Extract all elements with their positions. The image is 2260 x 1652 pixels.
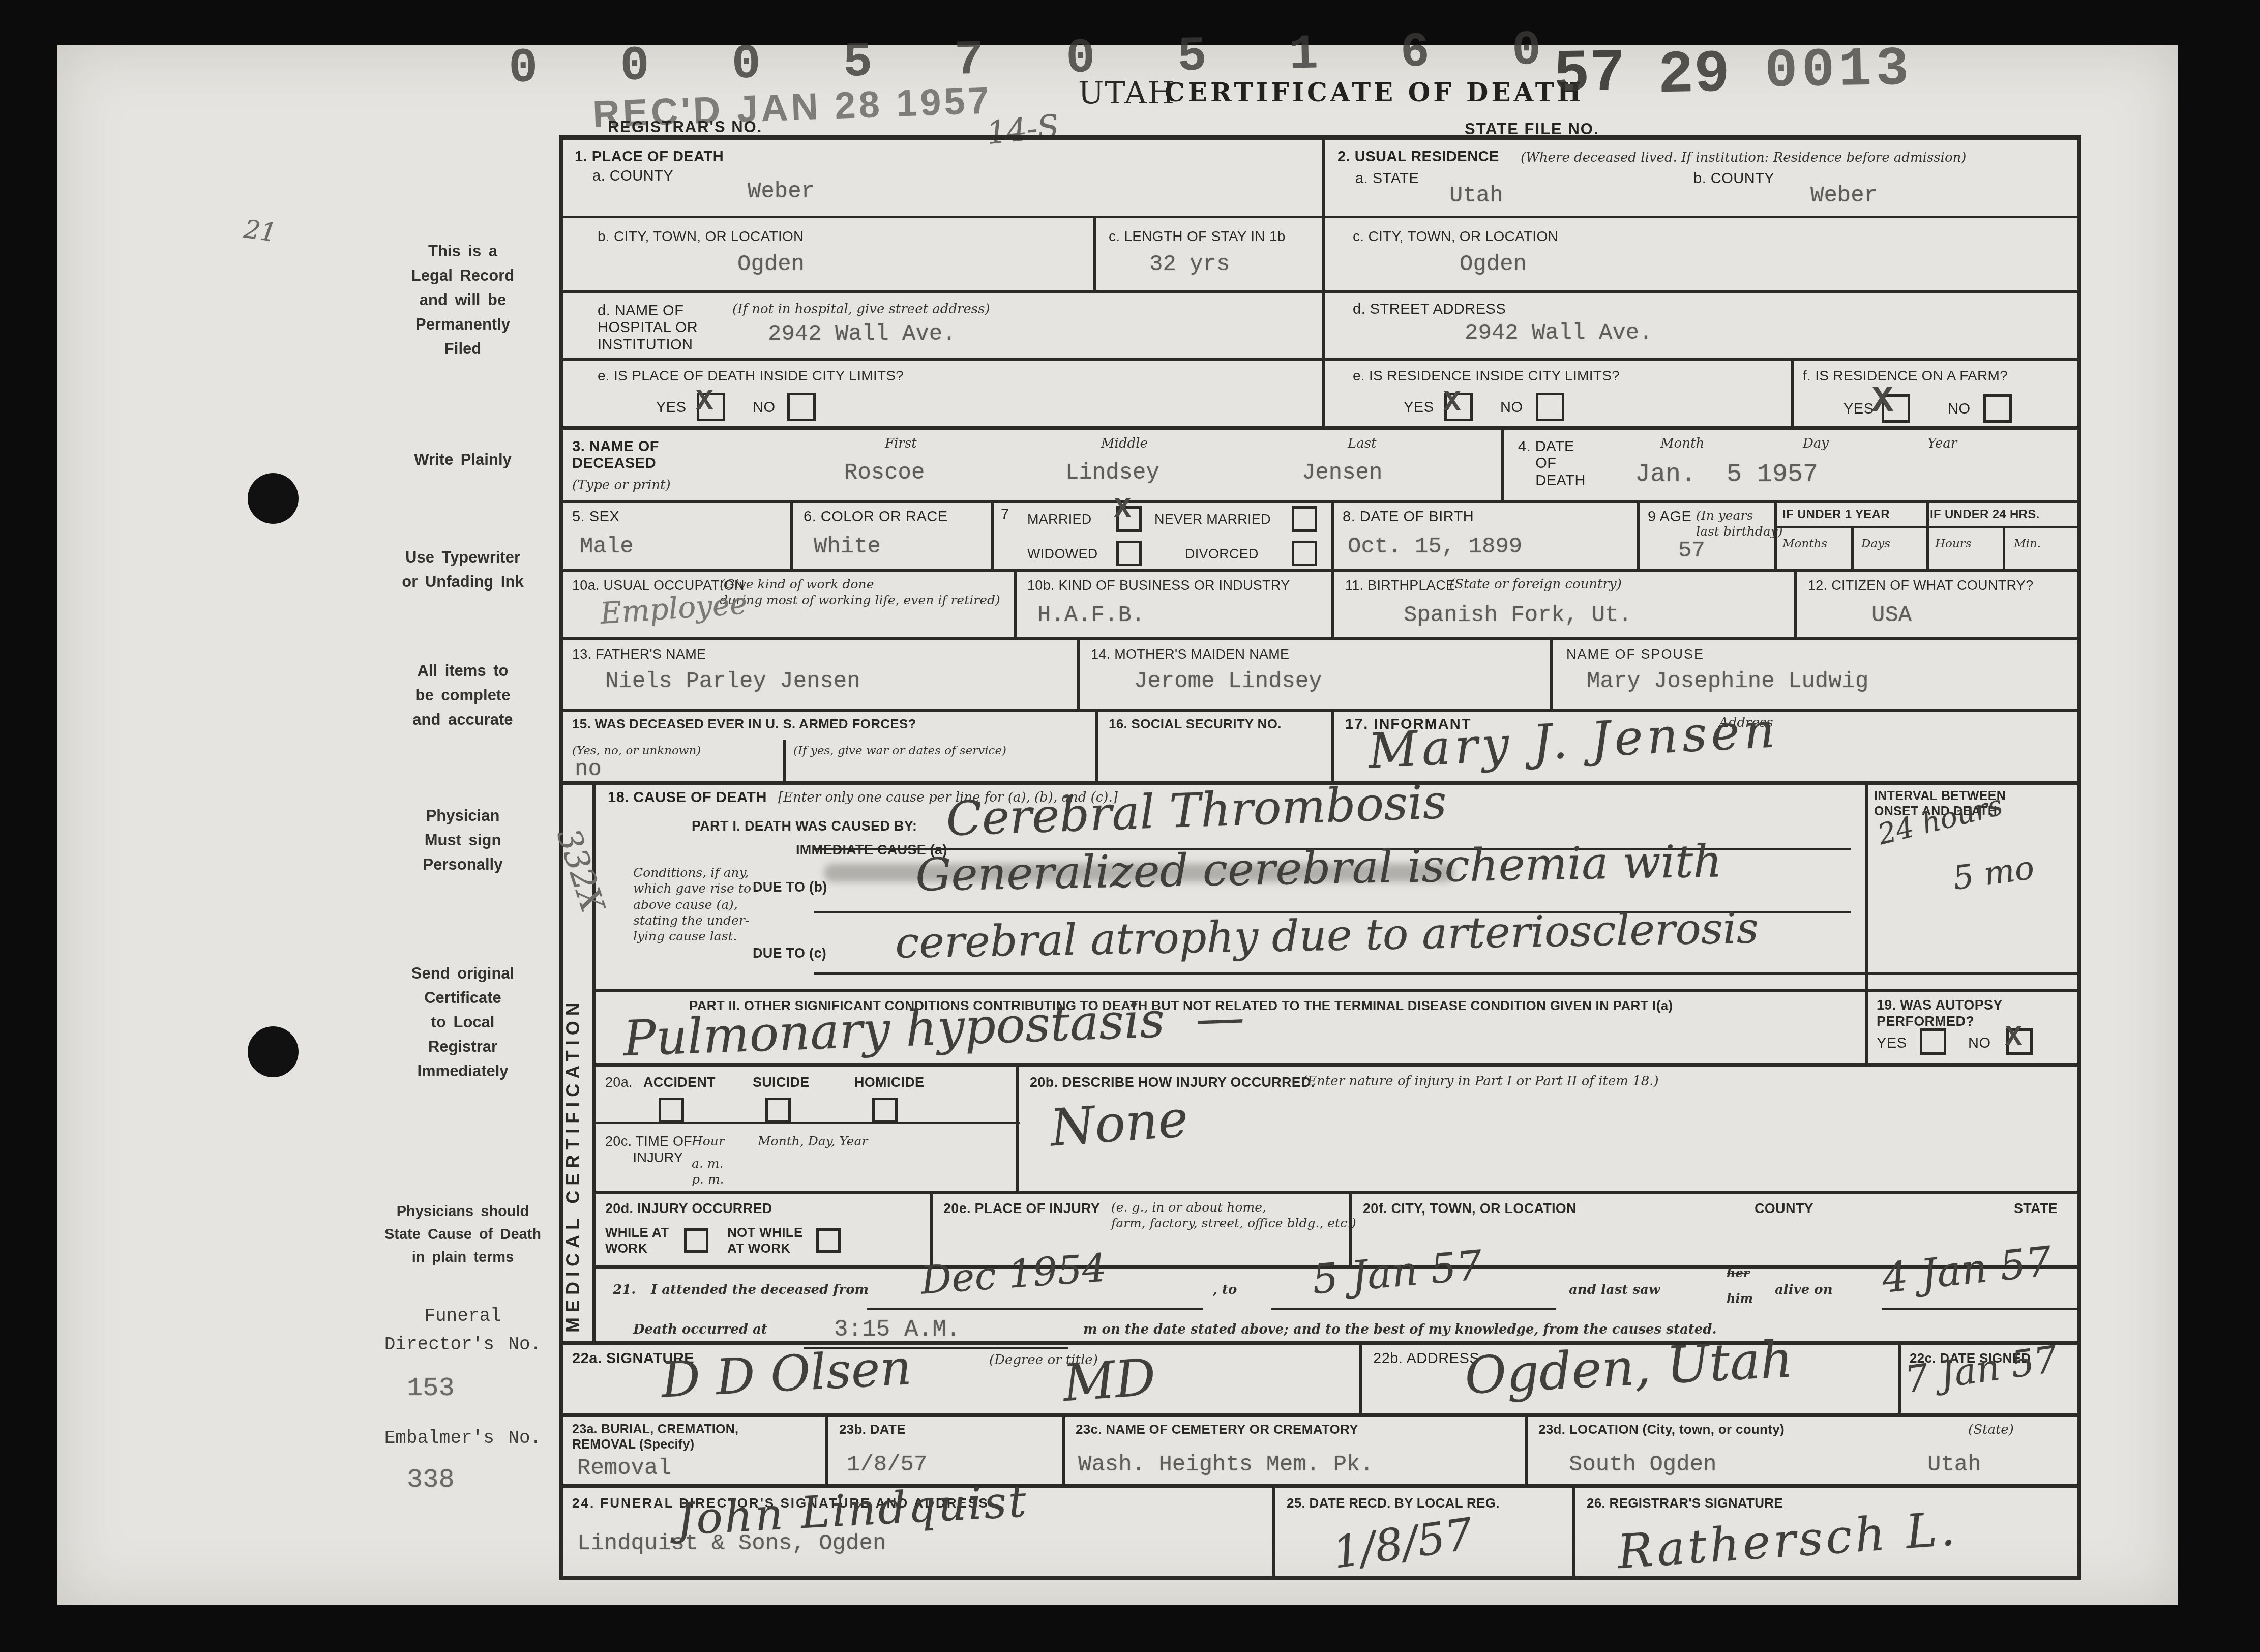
divider [559,500,2081,503]
field-21-text3: and last saw [1569,1282,1660,1299]
field-3-last-value: Jensen [1302,460,1382,486]
divider [592,1191,2081,1194]
divider [1016,1063,1019,1194]
field-20e-note: (e. g., in or about home, farm, factory,… [1111,1199,1356,1231]
field-8-value: Oct. 15, 1899 [1348,534,1522,559]
divider [1882,1308,2080,1310]
field-15-label: 15. WAS DECEASED EVER IN U. S. ARMED FOR… [572,716,916,732]
field-23b-value: 1/8/57 [847,1452,927,1478]
film-border-right [2178,0,2260,1652]
file-number-stamp-57: 57 [1553,40,1626,109]
divider [1322,135,1325,430]
field-8-label: 8. DATE OF BIRTH [1343,509,1474,525]
field-20c-hour-label: Hour [692,1133,725,1149]
field-20a-suicide-checkbox [765,1098,791,1123]
divider [559,637,2081,640]
field-18-due-b-label: DUE TO (b) [753,879,827,895]
field-21-time-value: 3:15 A.M. [834,1316,960,1343]
field-23b-label2: 23b. DATE [839,1422,906,1437]
margin-note-physician-sign: Physician Must sign Personally [351,804,575,877]
field-1b-label: b. CITY, TOWN, OR LOCATION [598,228,804,245]
field-2-note: (Where deceased lived. If institution: R… [1521,150,1966,166]
margin-note-plain-terms: Physicians should State Cause of Death i… [351,1200,575,1269]
field-21-text5: Death occurred at [633,1321,767,1338]
funeral-director-no-value: 153 [407,1373,455,1403]
field-2c-value: Ogden [1460,252,1527,277]
field-21-text6: m on the date stated above; and to the b… [1083,1321,1717,1338]
divider [2003,526,2005,571]
field-19-yes-label: YES [1877,1035,1907,1052]
field-21-number: 21. [613,1282,636,1299]
field-12-label: 12. CITIZEN OF WHAT COUNTRY? [1808,577,2033,594]
divider [559,216,2081,218]
file-number-stamp-0013: 0013 [1764,38,1913,103]
film-border-left [0,0,57,1652]
field-15-value: no [575,757,602,782]
field-18-part1-label: PART I. DEATH WAS CAUSED BY: [692,818,917,834]
field-20c-ampm-label: a. m. p. m. [692,1156,724,1188]
field-23d-state-value: Utah [1927,1452,1981,1478]
field-9-min-label: Min. [2014,537,2041,551]
field-20d-notwhile-label: NOT WHILE AT WORK [727,1225,803,1256]
margin-note-write-plainly: Write Plainly [351,448,575,472]
field-2e-no-label: NO [1500,399,1523,416]
field-2f-yes-label: YES [1843,401,1874,418]
field-9-label: 9 AGE [1648,509,1691,525]
field-13-label: 13. FATHER'S NAME [572,646,706,662]
field-18-due-c-label: DUE TO (c) [753,945,826,961]
field-9-under24-label: IF UNDER 24 HRS. [1930,508,2040,522]
field-23d-value: South Ogden [1569,1452,1716,1478]
funeral-director-no-label: Funeral Director's No. [351,1302,575,1359]
field-1a-value: Weber [748,179,815,204]
field-23c-value: Wash. Heights Mem. Pk. [1078,1452,1374,1478]
physician-degree-value: MD [1061,1347,1157,1413]
field-20e-label: 20e. PLACE OF INJURY [943,1200,1100,1217]
field-3-note: (Type or print) [572,477,671,494]
field-5-label: 5. SEX [572,509,619,525]
field-11-note: (State or foreign country) [1449,576,1622,593]
margin-note-legal-record: This is a Legal Record and will be Perma… [351,239,575,361]
field-2e-label: e. IS RESIDENCE INSIDE CITY LIMITS? [1353,367,1620,385]
field-14-label: 14. MOTHER'S MAIDEN NAME [1091,646,1289,662]
divider [1865,781,1868,1067]
page-title: CERTIFICATE OF DEATH [1165,77,1584,107]
field-1a-label: a. COUNTY [592,168,673,185]
field-2a-label: a. STATE [1355,170,1419,187]
field-10a-note: (Give kind of work done during most of w… [720,576,1000,608]
field-14-value: Jerome Lindsey [1134,669,1322,694]
field-6-label: 6. COLOR OR RACE [804,509,948,525]
field-9-note: (In years last birthday) [1696,508,1783,540]
field-9-days-label: Days [1861,537,1890,551]
field-20f-state-label: STATE [2014,1200,2058,1217]
margin-note-send-original: Send original Certificate to Local Regis… [351,961,575,1083]
divider [1077,637,1080,711]
field-18-conditions-note: Conditions, if any, which gave rise to a… [633,865,751,944]
field-7-never-married-checkbox [1292,506,1317,532]
title-state: UTAH [1078,75,1175,111]
field-1d-label: d. NAME OF HOSPITAL OR INSTITUTION [598,303,698,353]
field-21-text4: alive on [1775,1282,1833,1299]
field-15-note1: (Yes, no, or unknown) [572,744,701,758]
field-19-label: 19. WAS AUTOPSY PERFORMED? [1877,997,2003,1030]
field-23d-label: 23d. LOCATION (City, town, or county) [1538,1422,1785,1437]
field-9-value: 57 [1678,538,1705,564]
field-1e-no-label: NO [753,399,776,416]
field-4-label: 4. DATE OF DEATH [1518,438,1586,489]
divider [867,1308,1203,1310]
field-12-value: USA [1871,603,1912,628]
field-4-year-label: Year [1927,435,1957,452]
pencil-margin-note: 21 [242,214,278,248]
field-20a-suicide-label: SUICIDE [753,1074,810,1090]
field-15-note2: (If yes, give war or dates of service) [793,744,1006,758]
field-spouse-label: NAME OF SPOUSE [1566,646,1704,662]
divider [1851,526,1854,571]
divider [790,500,793,571]
divider [1926,500,1929,571]
divider [783,740,786,783]
field-7-never-married-label: NEVER MARRIED [1154,511,1271,527]
field-2d-value: 2942 Wall Ave. [1465,320,1653,346]
field-1e-no-checkbox [787,393,816,421]
divider [1572,1484,1575,1579]
field-20f-label: 20f. CITY, TOWN, OR LOCATION [1363,1200,1577,1217]
divider [1014,569,1017,640]
divider [559,1413,2081,1417]
field-5-value: Male [580,534,634,559]
divider [592,1122,1020,1124]
field-9-under1yr-label: IF UNDER 1 YEAR [1782,508,1890,522]
field-1c-label: c. LENGTH OF STAY IN 1b [1109,228,1286,245]
field-4-value: Jan. 5 1957 [1635,460,1818,489]
field-20a-homicide-label: HOMICIDE [854,1074,924,1090]
divider [1331,500,1334,571]
field-7-number: 7 [1001,506,1009,523]
field-2b-label: b. COUNTY [1693,170,1774,187]
field-2f-yes-xmark: X [1871,380,1893,422]
scanned-death-certificate: 21 0 0 0 5 7 0 5 1 6 0 REC'D JAN 28 1957… [0,0,2260,1652]
punch-hole-top [248,473,299,524]
field-23c-label: 23c. NAME OF CEMETERY OR CREMATORY [1076,1422,1358,1437]
embalmers-no-value: 338 [407,1465,455,1495]
divider [592,1063,2081,1067]
field-1e-label: e. IS PLACE OF DEATH INSIDE CITY LIMITS? [598,367,904,385]
field-3-middle-label: Middle [1101,435,1148,452]
divider [2077,135,2081,1580]
field-1e-yes-label: YES [656,399,687,416]
divider [559,426,2081,430]
registrar-no-label: REGISTRAR'S NO. [608,118,762,136]
field-2d-label: d. STREET ADDRESS [1353,301,1506,318]
field-2f-no-label: NO [1948,401,1971,418]
divider [559,1484,2081,1488]
divider [1331,569,1334,640]
field-9-months-label: Months [1782,537,1827,551]
field-26-label: 26. REGISTRAR'S SIGNATURE [1587,1495,1783,1511]
divider [1774,526,2081,528]
divider [592,989,2081,992]
divider [1359,1341,1362,1417]
embalmers-no-label: Embalmer's No. [351,1424,575,1453]
divider [825,1413,828,1488]
margin-note-typewriter: Use Typewriter or Unfading Ink [351,545,575,594]
divider [1095,709,1098,783]
field-7-widowed-label: WIDOWED [1027,546,1098,562]
field-1d-note: (If not in hospital, give street address… [732,301,990,318]
divider [559,358,2081,361]
field-19-no-xmark: X [2005,1021,2023,1054]
divider [1550,637,1553,711]
divider [559,290,2081,293]
film-corner-patch [2126,0,2260,31]
field-7-divorced-checkbox [1292,541,1317,566]
field-1e-yes-xmark: X [696,386,713,419]
divider [1637,500,1640,571]
field-spouse-value: Mary Josephine Ludwig [1587,669,1869,694]
divider [1898,1341,1901,1417]
field-20d-while-checkbox [684,1228,708,1253]
divider [1331,709,1334,783]
field-20a-homicide-checkbox [872,1098,898,1123]
field-2e-no-checkbox [1536,393,1564,421]
field-1d-value: 2942 Wall Ave. [768,321,956,347]
field-2b-value: Weber [1810,183,1878,209]
field-1b-value: Ogden [737,252,805,277]
file-number-stamp-29: 29 [1657,41,1731,110]
field-20b-label: 20b. DESCRIBE HOW INJURY OCCURRED. [1030,1074,1315,1090]
field-11-label: 11. BIRTHPLACE [1345,577,1455,594]
field-20a-number: 20a. [605,1074,633,1090]
divider [559,135,2081,140]
field-2c-label: c. CITY, TOWN, OR LOCATION [1353,228,1558,245]
field-23a-value: Removal [577,1456,671,1481]
field-20a-accident-checkbox [659,1098,684,1123]
field-20b-note: (Enter nature of injury in Part I or Par… [1302,1073,1659,1090]
field-16-label: 16. SOCIAL SECURITY NO. [1109,716,1282,732]
divider [1501,426,1504,503]
field-6-value: White [814,534,881,559]
field-1-label: 1. PLACE OF DEATH [575,149,724,165]
field-7-married-label: MARRIED [1027,511,1092,527]
field-21-her-word: her [1727,1265,1749,1281]
field-20d-while-label: WHILE AT WORK [605,1225,669,1256]
field-2e-yes-xmark: X [1443,387,1461,420]
divider [991,500,994,571]
film-border-bottom [0,1605,2260,1652]
field-3-first-value: Roscoe [844,460,925,486]
divider [1062,1413,1065,1488]
field-1c-value: 32 yrs [1149,252,1230,277]
field-13-value: Niels Parley Jensen [605,669,860,694]
field-21-him-word: him [1727,1291,1753,1306]
field-4-month-label: Month [1660,435,1704,452]
field-3-last-label: Last [1348,435,1377,452]
divider [559,709,2081,712]
divider [814,972,2080,975]
field-9-hours-label: Hours [1935,537,1972,551]
field-21-text2: , to [1213,1282,1237,1299]
field-2a-value: Utah [1449,183,1503,209]
field-4-day-label: Day [1803,435,1829,452]
field-18-label: 18. CAUSE OF DEATH [608,789,767,806]
field-2-label: 2. USUAL RESIDENCE [1337,149,1499,165]
margin-note-complete: All items to be complete and accurate [351,659,575,732]
field-20d-label: 20d. INJURY OCCURRED [605,1200,772,1217]
field-20a-accident-label: ACCIDENT [643,1074,716,1090]
field-23a-label: 23a. BURIAL, CREMATION, REMOVAL (Specify… [572,1422,738,1452]
field-7-widowed-checkbox [1116,541,1142,566]
divider [1093,216,1096,292]
field-2f-no-checkbox [1983,394,2012,423]
divider [1272,1484,1275,1579]
field-20f-county-label: COUNTY [1755,1200,1813,1217]
field-3-middle-value: Lindsey [1065,460,1159,486]
field-20c-label: 20c. TIME OF INJURY [605,1133,692,1166]
field-21-text1: I attended the deceased from [651,1282,869,1299]
punch-hole-bottom [248,1026,299,1077]
divider [559,1576,2081,1580]
field-19-yes-checkbox [1920,1028,1946,1055]
field-3-first-label: First [885,435,917,452]
field-10b-label: 10b. KIND OF BUSINESS OR INDUSTRY [1027,577,1290,594]
field-2e-yes-label: YES [1404,399,1434,416]
field-7-married-xmark: X [1114,493,1132,526]
field-2f-label: f. IS RESIDENCE ON A FARM? [1803,367,2008,385]
field-19-no-label: NO [1968,1035,1991,1052]
field-20d-notwhile-checkbox [816,1228,841,1253]
divider [1271,1308,1556,1310]
field-10b-value: H.A.F.B. [1037,603,1145,628]
divider [1791,358,1794,429]
field-7-divorced-label: DIVORCED [1185,546,1259,562]
field-23d-state-label: (State) [1968,1422,2014,1438]
registrar-no-value: 14-S [985,107,1061,152]
field-20b-value: None [1048,1089,1190,1158]
field-3-label: 3. NAME OF DECEASED [572,438,659,473]
divider [1794,569,1797,640]
field-11-value: Spanish Fork, Ut. [1404,603,1632,628]
field-20c-mdy-label: Month, Day, Year [758,1133,868,1149]
divider [1525,1413,1528,1488]
